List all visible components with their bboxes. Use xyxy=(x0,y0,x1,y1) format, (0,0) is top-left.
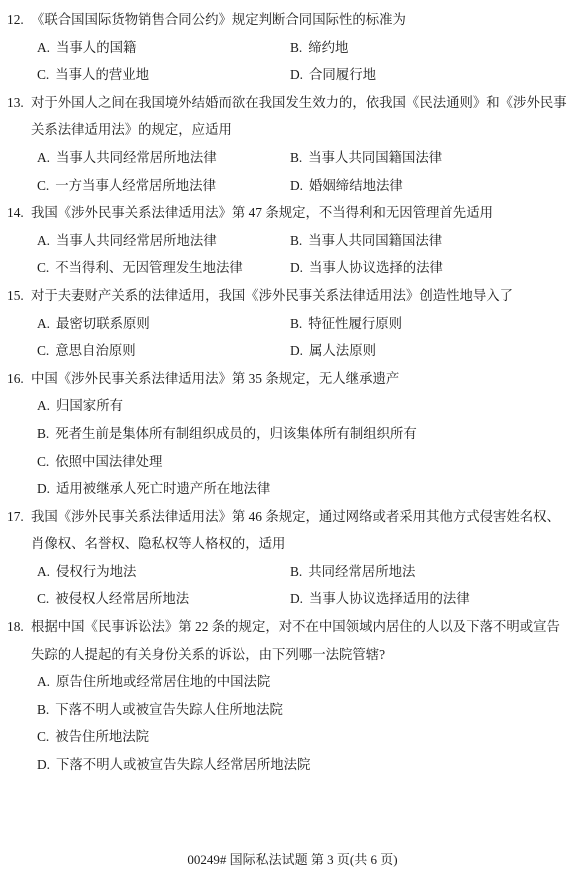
question-number: 14. xyxy=(7,199,31,227)
question-13: 13. 对于外国人之间在我国境外结婚而欲在我国发生效力的，依我国《民法通则》和《… xyxy=(7,89,581,199)
question-stem: 根据中国《民事诉讼法》第 22 条的规定，对不在中国领域内居住的人以及下落不明或… xyxy=(31,613,581,668)
option-text: 被告住所地法院 xyxy=(55,729,149,744)
option-label: C. xyxy=(37,729,49,744)
option-text: 意思自治原则 xyxy=(55,343,135,358)
option-c: C.被告住所地法院 xyxy=(37,723,581,751)
options: A.最密切联系原则 B.特征性履行原则 C.意思自治原则 D.属人法原则 xyxy=(7,310,581,365)
option-b: B.下落不明人或被宣告失踪人住所地法院 xyxy=(37,696,581,724)
option-label: D. xyxy=(37,481,50,496)
options: A.当事人的国籍 B.缔约地 C.当事人的营业地 D.合同履行地 xyxy=(7,34,581,89)
option-label: A. xyxy=(37,150,50,165)
option-label: D. xyxy=(290,591,303,606)
option-label: D. xyxy=(37,757,50,772)
option-d: D.下落不明人或被宣告失踪人经常居所地法院 xyxy=(37,751,581,779)
option-d: D.合同履行地 xyxy=(290,61,581,89)
option-label: A. xyxy=(37,40,50,55)
question-number: 15. xyxy=(7,282,31,310)
option-label: C. xyxy=(37,178,49,193)
option-c: C.依照中国法律处理 xyxy=(37,448,581,476)
option-label: B. xyxy=(37,702,49,717)
exam-page: 12. 《联合国国际货物销售合同公约》规定判断合同国际性的标准为 A.当事人的国… xyxy=(0,0,585,885)
option-text: 原告住所地或经常居住地的中国法院 xyxy=(56,674,270,689)
option-c: C.被侵权人经常居所地法 xyxy=(37,585,290,613)
option-text: 缔约地 xyxy=(308,40,348,55)
option-a: A.侵权行为地法 xyxy=(37,558,290,586)
option-label: B. xyxy=(290,150,302,165)
option-text: 最密切联系原则 xyxy=(56,316,150,331)
option-text: 当事人的国籍 xyxy=(56,40,136,55)
option-d: D.当事人协议选择适用的法律 xyxy=(290,585,581,613)
option-label: C. xyxy=(37,454,49,469)
question-number: 17. xyxy=(7,503,31,531)
option-text: 当事人的营业地 xyxy=(55,67,149,82)
option-label: C. xyxy=(37,260,49,275)
option-text: 当事人共同国籍国法律 xyxy=(308,233,442,248)
option-label: A. xyxy=(37,674,50,689)
question-16: 16. 中国《涉外民事关系法律适用法》第 35 条规定，无人继承遗产 A.归国家… xyxy=(7,365,581,503)
option-a: A.当事人的国籍 xyxy=(37,34,290,62)
question-list: 12. 《联合国国际货物销售合同公约》规定判断合同国际性的标准为 A.当事人的国… xyxy=(7,6,581,779)
option-label: D. xyxy=(290,178,303,193)
option-a: A.当事人共同经常居所地法律 xyxy=(37,144,290,172)
option-text: 下落不明人或被宣告失踪人住所地法院 xyxy=(55,702,283,717)
question-number: 13. xyxy=(7,89,31,117)
option-text: 当事人共同国籍国法律 xyxy=(308,150,442,165)
option-text: 当事人协议选择适用的法律 xyxy=(309,591,470,606)
option-a: A.归国家所有 xyxy=(37,392,581,420)
option-text: 一方当事人经常居所地法律 xyxy=(55,178,216,193)
option-label: D. xyxy=(290,67,303,82)
option-label: D. xyxy=(290,343,303,358)
option-text: 死者生前是集体所有制组织成员的，归该集体所有制组织所有 xyxy=(55,426,417,441)
option-b: B.特征性履行原则 xyxy=(290,310,581,338)
option-c: C.不当得利、无因管理发生地法律 xyxy=(37,254,290,282)
option-text: 当事人共同经常居所地法律 xyxy=(56,150,217,165)
option-label: C. xyxy=(37,67,49,82)
option-label: A. xyxy=(37,398,50,413)
option-c: C.意思自治原则 xyxy=(37,337,290,365)
question-17: 17. 我国《涉外民事关系法律适用法》第 46 条规定，通过网络或者采用其他方式… xyxy=(7,503,581,613)
option-a: A.最密切联系原则 xyxy=(37,310,290,338)
options: A.当事人共同经常居所地法律 B.当事人共同国籍国法律 C.不当得利、无因管理发… xyxy=(7,227,581,282)
option-label: B. xyxy=(290,233,302,248)
option-b: B.当事人共同国籍国法律 xyxy=(290,227,581,255)
option-label: B. xyxy=(290,316,302,331)
option-label: A. xyxy=(37,233,50,248)
option-label: D. xyxy=(290,260,303,275)
option-text: 当事人共同经常居所地法律 xyxy=(56,233,217,248)
question-stem: 对于夫妻财产关系的法律适用，我国《涉外民事关系法律适用法》创造性地导入了 xyxy=(31,282,581,310)
option-c: C.当事人的营业地 xyxy=(37,61,290,89)
question-stem: 对于外国人之间在我国境外结婚而欲在我国发生效力的，依我国《民法通则》和《涉外民事… xyxy=(31,89,581,144)
options: A.归国家所有 B.死者生前是集体所有制组织成员的，归该集体所有制组织所有 C.… xyxy=(7,392,581,502)
option-text: 当事人协议选择的法律 xyxy=(309,260,443,275)
option-text: 下落不明人或被宣告失踪人经常居所地法院 xyxy=(56,757,310,772)
option-d: D.当事人协议选择的法律 xyxy=(290,254,581,282)
option-text: 合同履行地 xyxy=(309,67,376,82)
option-a: A.当事人共同经常居所地法律 xyxy=(37,227,290,255)
option-label: A. xyxy=(37,316,50,331)
option-text: 被侵权人经常居所地法 xyxy=(55,591,189,606)
options: A.当事人共同经常居所地法律 B.当事人共同国籍国法律 C.一方当事人经常居所地… xyxy=(7,144,581,199)
question-stem: 中国《涉外民事关系法律适用法》第 35 条规定，无人继承遗产 xyxy=(31,365,581,393)
option-text: 婚姻缔结地法律 xyxy=(309,178,403,193)
option-label: C. xyxy=(37,343,49,358)
option-b: B.共同经常居所地法 xyxy=(290,558,581,586)
option-a: A.原告住所地或经常居住地的中国法院 xyxy=(37,668,581,696)
options: A.侵权行为地法 B.共同经常居所地法 C.被侵权人经常居所地法 D.当事人协议… xyxy=(7,558,581,613)
option-text: 适用被继承人死亡时遗产所在地法律 xyxy=(56,481,270,496)
question-number: 18. xyxy=(7,613,31,641)
option-label: C. xyxy=(37,591,49,606)
option-d: D.婚姻缔结地法律 xyxy=(290,172,581,200)
page-footer: 00249# 国际私法试题 第 3 页(共 6 页) xyxy=(0,850,585,870)
question-15: 15. 对于夫妻财产关系的法律适用，我国《涉外民事关系法律适用法》创造性地导入了… xyxy=(7,282,581,365)
option-b: B.死者生前是集体所有制组织成员的，归该集体所有制组织所有 xyxy=(37,420,581,448)
options: A.原告住所地或经常居住地的中国法院 B.下落不明人或被宣告失踪人住所地法院 C… xyxy=(7,668,581,778)
option-label: B. xyxy=(290,40,302,55)
option-text: 归国家所有 xyxy=(56,398,123,413)
option-c: C.一方当事人经常居所地法律 xyxy=(37,172,290,200)
question-14: 14. 我国《涉外民事关系法律适用法》第 47 条规定，不当得利和无因管理首先适… xyxy=(7,199,581,282)
question-stem: 我国《涉外民事关系法律适用法》第 47 条规定，不当得利和无因管理首先适用 xyxy=(31,199,581,227)
option-b: B.缔约地 xyxy=(290,34,581,62)
option-label: A. xyxy=(37,564,50,579)
option-b: B.当事人共同国籍国法律 xyxy=(290,144,581,172)
option-text: 侵权行为地法 xyxy=(56,564,136,579)
option-text: 不当得利、无因管理发生地法律 xyxy=(55,260,242,275)
question-stem: 《联合国国际货物销售合同公约》规定判断合同国际性的标准为 xyxy=(31,6,581,34)
option-d: D.适用被继承人死亡时遗产所在地法律 xyxy=(37,475,581,503)
question-12: 12. 《联合国国际货物销售合同公约》规定判断合同国际性的标准为 A.当事人的国… xyxy=(7,6,581,89)
option-label: B. xyxy=(37,426,49,441)
option-label: B. xyxy=(290,564,302,579)
question-18: 18. 根据中国《民事诉讼法》第 22 条的规定，对不在中国领域内居住的人以及下… xyxy=(7,613,581,779)
option-text: 特征性履行原则 xyxy=(308,316,402,331)
question-stem: 我国《涉外民事关系法律适用法》第 46 条规定，通过网络或者采用其他方式侵害姓名… xyxy=(31,503,581,558)
question-number: 12. xyxy=(7,6,31,34)
question-number: 16. xyxy=(7,365,31,393)
option-text: 依照中国法律处理 xyxy=(55,454,162,469)
option-text: 属人法原则 xyxy=(309,343,376,358)
option-text: 共同经常居所地法 xyxy=(308,564,415,579)
option-d: D.属人法原则 xyxy=(290,337,581,365)
